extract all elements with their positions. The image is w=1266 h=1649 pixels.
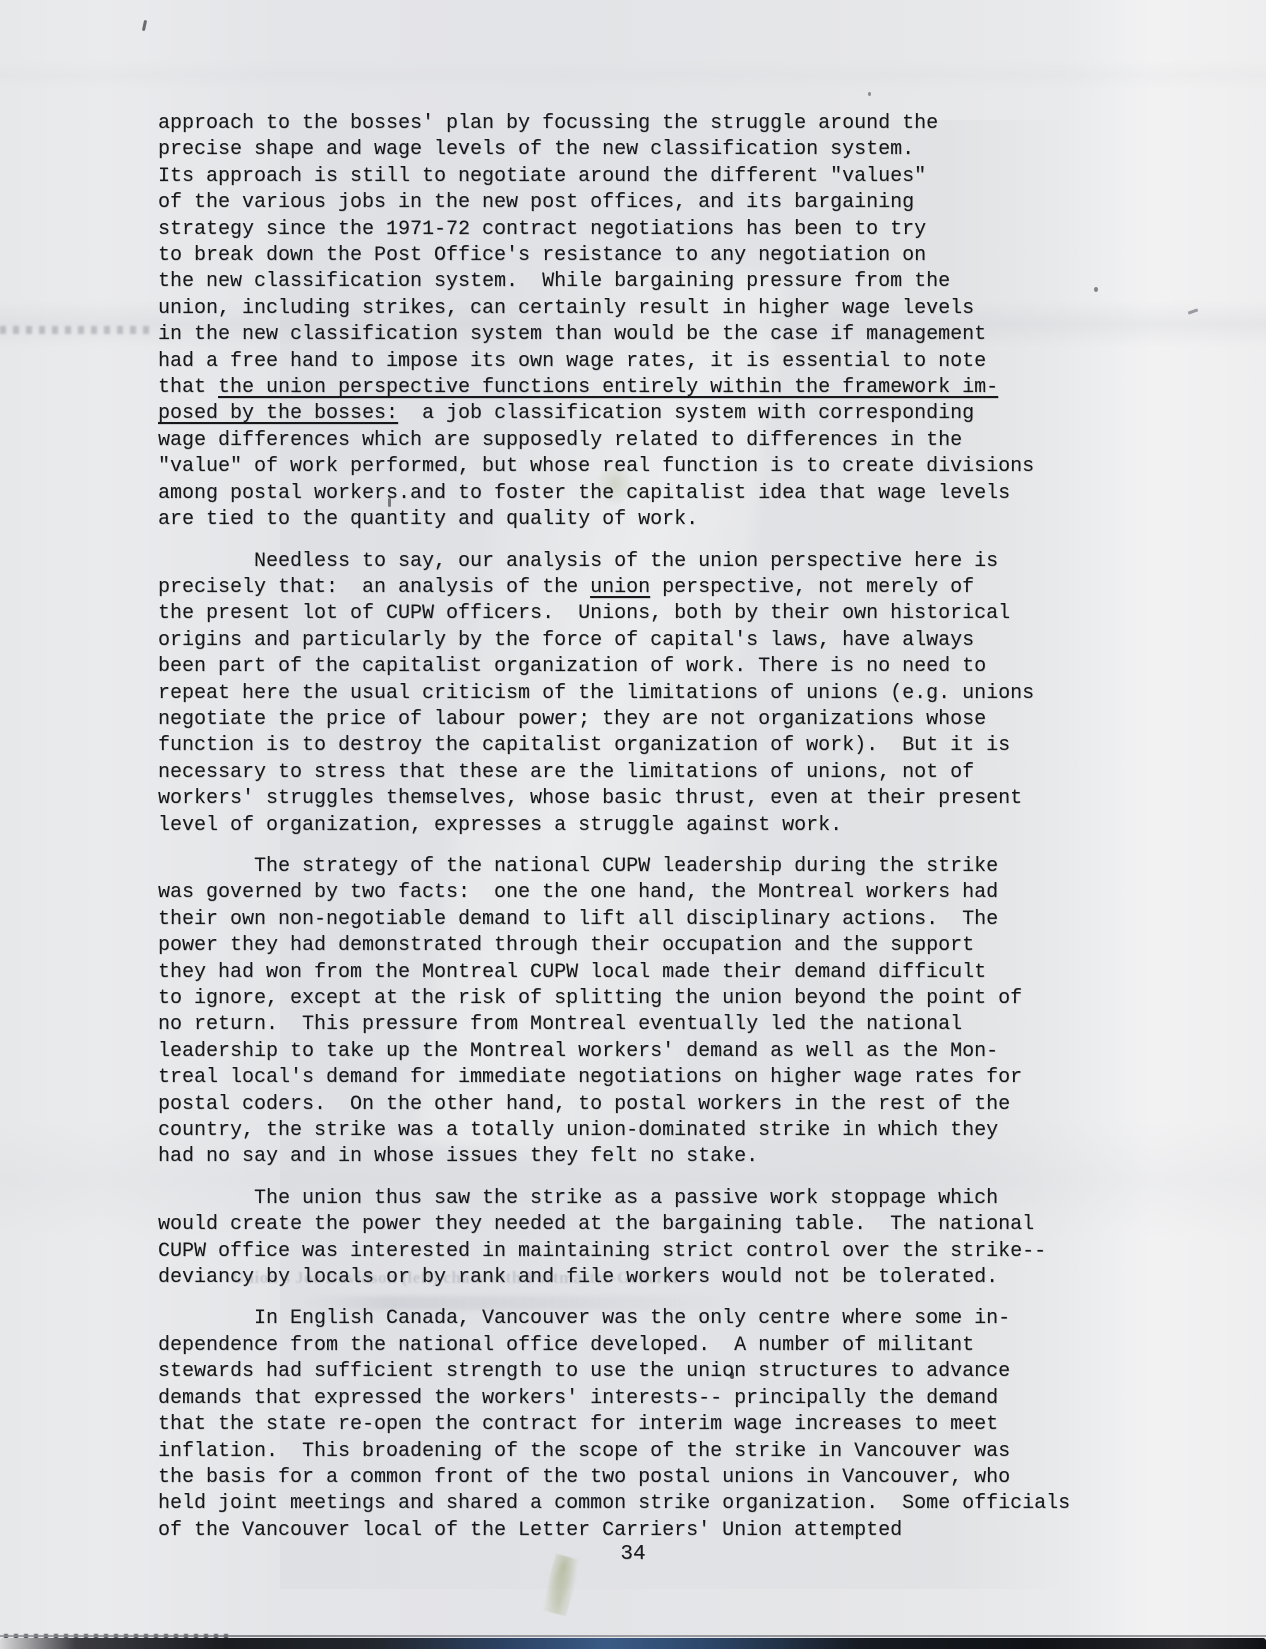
text-line: "value" of work performed, but whose rea… xyxy=(158,454,1218,480)
text-line: the present lot of CUPW officers. Unions… xyxy=(158,601,1218,627)
text-line: precise shape and wage levels of the new… xyxy=(158,137,1218,163)
text-line: country, the strike was a totally union-… xyxy=(158,1118,1218,1144)
paragraph: In English Canada, Vancouver was the onl… xyxy=(158,1306,1218,1544)
document-body: approach to the bosses' plan by focussin… xyxy=(158,111,1218,1544)
text-line: deviancy by locals or by rank and file w… xyxy=(158,1265,1218,1291)
text-line: held joint meetings and shared a common … xyxy=(158,1491,1218,1517)
text-line: of the various jobs in the new post offi… xyxy=(158,190,1218,216)
text-line: would create the power they needed at th… xyxy=(158,1212,1218,1238)
text-line: was governed by two facts: one the one h… xyxy=(158,880,1218,906)
text-line: are tied to the quantity and quality of … xyxy=(158,507,1218,533)
text-line: to break down the Post Office's resistan… xyxy=(158,243,1218,269)
paragraph: The strategy of the national CUPW leader… xyxy=(158,854,1218,1171)
text-line: their own non-negotiable demand to lift … xyxy=(158,907,1218,933)
text-line: had no say and in whose issues they felt… xyxy=(158,1144,1218,1170)
text-line: inflation. This broadening of the scope … xyxy=(158,1439,1218,1465)
text-line: The union thus saw the strike as a passi… xyxy=(158,1186,1218,1212)
text-line: approach to the bosses' plan by focussin… xyxy=(158,111,1218,137)
text-line: to ignore, except at the risk of splitti… xyxy=(158,986,1218,1012)
text-line: The strategy of the national CUPW leader… xyxy=(158,854,1218,880)
ink-speck xyxy=(868,92,871,96)
paragraph: Needless to say, our analysis of the uni… xyxy=(158,549,1218,839)
text-line: power they had demonstrated through thei… xyxy=(158,933,1218,959)
text-line: wage differences which are supposedly re… xyxy=(158,428,1218,454)
text-line: that the union perspective functions ent… xyxy=(158,375,1218,401)
text-line: level of organization, expresses a strug… xyxy=(158,813,1218,839)
text-line: union, including strikes, can certainly … xyxy=(158,296,1218,322)
text-line: demands that expressed the workers' inte… xyxy=(158,1386,1218,1412)
smudge-mark xyxy=(0,326,150,334)
scan-band xyxy=(0,60,1266,90)
ink-speck xyxy=(142,20,147,31)
text-line: function is to destroy the capitalist or… xyxy=(158,733,1218,759)
paragraph: The union thus saw the strike as a passi… xyxy=(158,1186,1218,1292)
text-line: In English Canada, Vancouver was the onl… xyxy=(158,1306,1218,1332)
text-line: that the state re-open the contract for … xyxy=(158,1412,1218,1438)
text-line: among postal workers.and to foster the c… xyxy=(158,481,1218,507)
text-line: Its approach is still to negotiate aroun… xyxy=(158,164,1218,190)
paragraph: approach to the bosses' plan by focussin… xyxy=(158,111,1218,534)
text-line: origins and particularly by the force of… xyxy=(158,628,1218,654)
text-line: stewards had sufficient strength to use … xyxy=(158,1359,1218,1385)
scan-edge xyxy=(0,1638,1266,1649)
text-line: precisely that: an analysis of the union… xyxy=(158,575,1218,601)
text-line: repeat here the usual criticism of the l… xyxy=(158,681,1218,707)
text-line: leadership to take up the Montreal worke… xyxy=(158,1039,1218,1065)
text-line: necessary to stress that these are the l… xyxy=(158,760,1218,786)
text-line: in the new classification system than wo… xyxy=(158,322,1218,348)
text-line: been part of the capitalist organization… xyxy=(158,654,1218,680)
text-line: they had won from the Montreal CUPW loca… xyxy=(158,960,1218,986)
text-line: of the Vancouver local of the Letter Car… xyxy=(158,1518,1218,1544)
text-line: workers' struggles themselves, whose bas… xyxy=(158,786,1218,812)
text-line: CUPW office was interested in maintainin… xyxy=(158,1239,1218,1265)
text-line: strategy since the 1971-72 contract nego… xyxy=(158,217,1218,243)
page-number: 34 xyxy=(0,1543,1266,1566)
text-line: no return. This pressure from Montreal e… xyxy=(158,1012,1218,1038)
text-line: posed by the bosses: a job classificatio… xyxy=(158,401,1218,427)
text-line: treal local's demand for immediate negot… xyxy=(158,1065,1218,1091)
text-line: dependence from the national office deve… xyxy=(158,1333,1218,1359)
text-line: had a free hand to impose its own wage r… xyxy=(158,349,1218,375)
scan-edge-line xyxy=(0,1635,1266,1637)
text-line: Needless to say, our analysis of the uni… xyxy=(158,549,1218,575)
text-line: the basis for a common front of the two … xyxy=(158,1465,1218,1491)
document-page: Union's Joe Davidson (left) chats with P… xyxy=(0,0,1266,1649)
text-line: the new classification system. While bar… xyxy=(158,269,1218,295)
text-line: postal coders. On the other hand, to pos… xyxy=(158,1092,1218,1118)
text-line: negotiate the price of labour power; the… xyxy=(158,707,1218,733)
